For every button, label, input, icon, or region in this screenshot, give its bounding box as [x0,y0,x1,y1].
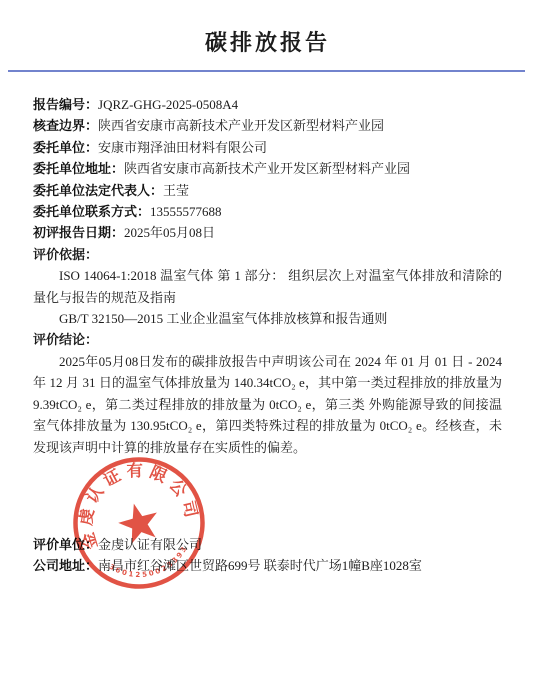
contact-phone-label: 委托单位联系方式： [33,204,150,219]
legal-representative-value: 王莹 [163,183,189,198]
field-row-evaluator: 评价单位：金虔认证有限公司 [33,534,502,555]
title-divider [8,70,525,72]
evaluator-label: 评价单位： [33,537,98,552]
company-address-label: 公司地址： [33,558,98,573]
evaluator-value: 金虔认证有限公司 [98,537,202,552]
initial-report-date-label: 初评报告日期： [33,225,124,240]
basis-heading: 评价依据： [33,244,502,265]
footer-fields: 评价单位：金虔认证有限公司 公司地址：南昌市红谷滩区世贸路699号 联泰时代广场… [33,534,502,577]
initial-report-date-value: 2025年05月08日 [124,225,215,240]
basis-item-gbt: GB/T 32150—2015 工业企业温室气体排放核算和报告通则 [33,308,502,329]
report-number-value: JQRZ-GHG-2025-0508A4 [98,97,238,112]
field-row-initial-report-date: 初评报告日期：2025年05月08日 [33,222,502,243]
report-number-label: 报告编号： [33,97,98,112]
field-row-client-address: 委托单位地址：陕西省安康市高新技术产业开发区新型材料产业园 [33,158,502,179]
verification-boundary-label: 核查边界： [33,118,98,133]
client-name-value: 安康市翔泽油田材料有限公司 [98,140,267,155]
report-page: 碳排放报告 报告编号：JQRZ-GHG-2025-0508A4 核查边界：陕西省… [0,0,533,696]
report-fields: 报告编号：JQRZ-GHG-2025-0508A4 核查边界：陕西省安康市高新技… [33,94,502,244]
contact-phone-value: 13555577688 [150,204,222,219]
basis-section: 评价依据： ISO 14064-1:2018 温室气体 第 1 部分： 组织层次… [33,244,502,330]
client-address-value: 陕西省安康市高新技术产业开发区新型材料产业园 [124,161,410,176]
field-row-report-number: 报告编号：JQRZ-GHG-2025-0508A4 [33,94,502,115]
legal-representative-label: 委托单位法定代表人： [33,183,163,198]
field-row-contact-phone: 委托单位联系方式：13555577688 [33,201,502,222]
company-address-value: 南昌市红谷滩区世贸路699号 联泰时代广场1幢B座1028室 [98,558,422,573]
conclusion-heading: 评价结论： [33,329,502,350]
client-name-label: 委托单位： [33,140,98,155]
conclusion-paragraph: 2025年05月08日发布的碳排放报告中声明该公司在 2024 年 01 月 0… [33,351,502,458]
conclusion-section: 评价结论： 2025年05月08日发布的碳排放报告中声明该公司在 2024 年 … [33,329,502,457]
verification-boundary-value: 陕西省安康市高新技术产业开发区新型材料产业园 [98,118,384,133]
page-title: 碳排放报告 [33,28,502,58]
report-content: 碳排放报告 报告编号：JQRZ-GHG-2025-0508A4 核查边界：陕西省… [0,0,533,577]
client-address-label: 委托单位地址： [33,161,124,176]
field-row-legal-representative: 委托单位法定代表人：王莹 [33,180,502,201]
field-row-company-address: 公司地址：南昌市红谷滩区世贸路699号 联泰时代广场1幢B座1028室 [33,555,502,576]
field-row-client-name: 委托单位：安康市翔泽油田材料有限公司 [33,137,502,158]
field-row-verification-boundary: 核查边界：陕西省安康市高新技术产业开发区新型材料产业园 [33,115,502,136]
basis-item-iso: ISO 14064-1:2018 温室气体 第 1 部分： 组织层次上对温室气体… [33,265,502,308]
